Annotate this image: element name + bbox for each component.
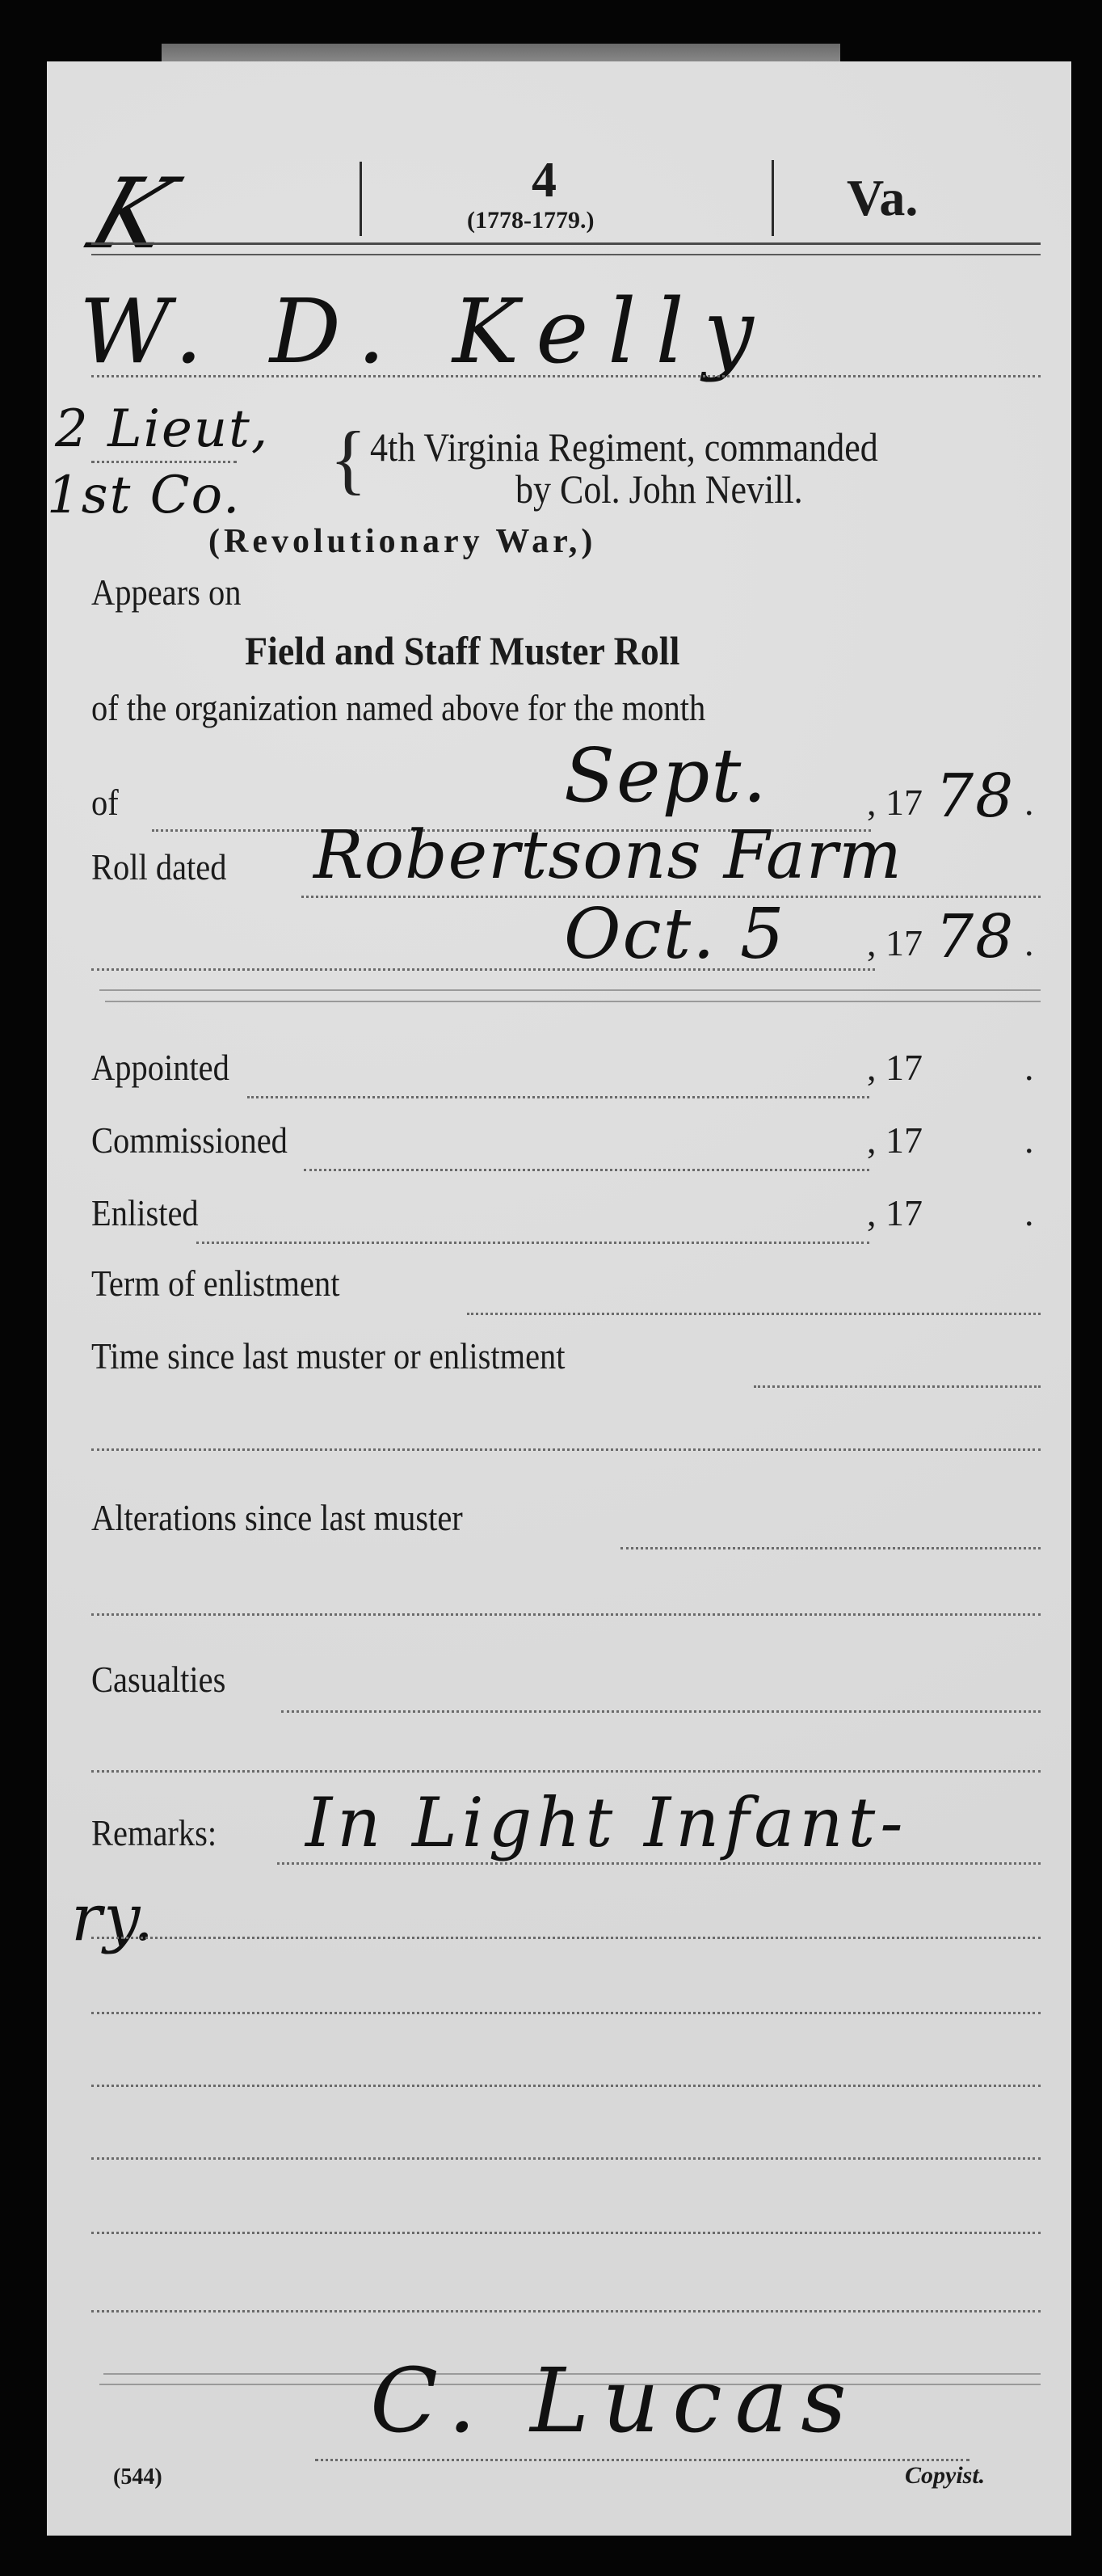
remarks-text-2: ry.: [71, 1880, 155, 1955]
remarks-line-2[interactable]: [91, 1937, 1041, 1939]
roll-title: Field and Staff Muster Roll: [245, 627, 679, 674]
field-term-line[interactable]: [467, 1313, 1041, 1315]
field-enlisted-end: .: [1024, 1191, 1034, 1234]
header-rule-top: [91, 242, 1041, 245]
field-appointed-label: Appointed: [91, 1046, 229, 1089]
copyist-label: Copyist.: [905, 2462, 985, 2490]
roll-dated-date: Oct. 5: [564, 894, 786, 975]
regiment-number: 4: [532, 152, 557, 209]
remarks-line-3[interactable]: [91, 2012, 1041, 2014]
field-casualties-line-2[interactable]: [91, 1770, 1041, 1773]
field-commissioned-line[interactable]: [304, 1169, 869, 1171]
organization-text: of the organization named above for the …: [91, 686, 705, 729]
header-rule-bottom: [91, 254, 1041, 255]
copyist-signature: C. Lucas: [370, 2349, 860, 2452]
field-alterations-line-2[interactable]: [91, 1613, 1041, 1616]
field-casualties-line[interactable]: [281, 1710, 1041, 1713]
name-line: [91, 375, 1041, 377]
field-enlisted-label: Enlisted: [91, 1191, 199, 1234]
remarks-line-7[interactable]: [91, 2310, 1041, 2312]
header-divider-right: [772, 160, 774, 236]
field-term-label: Term of enlistment: [91, 1262, 339, 1305]
field-alterations-label: Alterations since last muster: [91, 1496, 463, 1539]
field-alterations-line[interactable]: [620, 1547, 1041, 1549]
soldier-rank: 2 Lieut,: [55, 399, 269, 459]
remarks-line-4[interactable]: [91, 2085, 1041, 2087]
state-abbrev: Va.: [847, 168, 918, 228]
month-label: of: [91, 781, 119, 824]
field-commissioned-label: Commissioned: [91, 1119, 288, 1162]
header-divider-left: [360, 162, 362, 236]
regiment-line-1: 4th Virginia Regiment, commanded: [370, 424, 878, 470]
roll-dated-place: Robertsons Farm: [313, 817, 902, 894]
remarks-label: Remarks:: [91, 1811, 217, 1854]
remarks-line-1[interactable]: [277, 1862, 1041, 1865]
service-years: (1778-1779.): [467, 207, 594, 234]
roll-date-end: .: [1024, 921, 1034, 964]
field-appointed-line[interactable]: [247, 1096, 869, 1098]
form-number: (544): [113, 2464, 162, 2490]
muster-roll-card: K 4 (1778-1779.) Va. W. D. Kelly 2 Lieut…: [47, 61, 1071, 2536]
card-tab-behind: [162, 44, 840, 63]
rank-line: [91, 461, 237, 463]
soldier-company: 1st Co.: [47, 466, 241, 525]
field-appointed-end: .: [1024, 1046, 1034, 1089]
regiment-line-2: by Col. John Nevill.: [515, 466, 803, 512]
field-appointed-year: , 17: [867, 1046, 923, 1089]
field-enlisted-year: , 17: [867, 1191, 923, 1234]
field-enlisted-line[interactable]: [196, 1242, 869, 1244]
remarks-text-1: In Light Infant-: [305, 1783, 908, 1862]
field-time-since-line-2[interactable]: [91, 1448, 1041, 1451]
signature-line: [315, 2459, 970, 2461]
regiment-brace: {: [330, 414, 367, 504]
remarks-line-5[interactable]: [91, 2157, 1041, 2160]
field-time-since-line[interactable]: [754, 1385, 1041, 1388]
month-year-suffix: 78: [936, 761, 1015, 831]
remarks-line-6[interactable]: [91, 2232, 1041, 2234]
field-casualties-label: Casualties: [91, 1658, 225, 1701]
war-title: (Revolutionary War,): [208, 522, 596, 561]
roll-year-prefix: , 17: [867, 921, 923, 964]
section-rule-top: [99, 989, 1041, 991]
roll-dated-label: Roll dated: [91, 845, 227, 888]
roll-year-suffix: 78: [936, 902, 1015, 972]
appears-on: Appears on: [91, 571, 241, 613]
month-end: .: [1024, 781, 1034, 824]
section-rule-bottom: [105, 1001, 1041, 1002]
month-value: Sept.: [564, 732, 768, 819]
field-commissioned-year: , 17: [867, 1119, 923, 1162]
soldier-name: W. D. Kelly: [79, 280, 773, 383]
field-commissioned-end: .: [1024, 1119, 1034, 1162]
field-time-since-label: Time since last muster or enlistment: [91, 1334, 566, 1377]
